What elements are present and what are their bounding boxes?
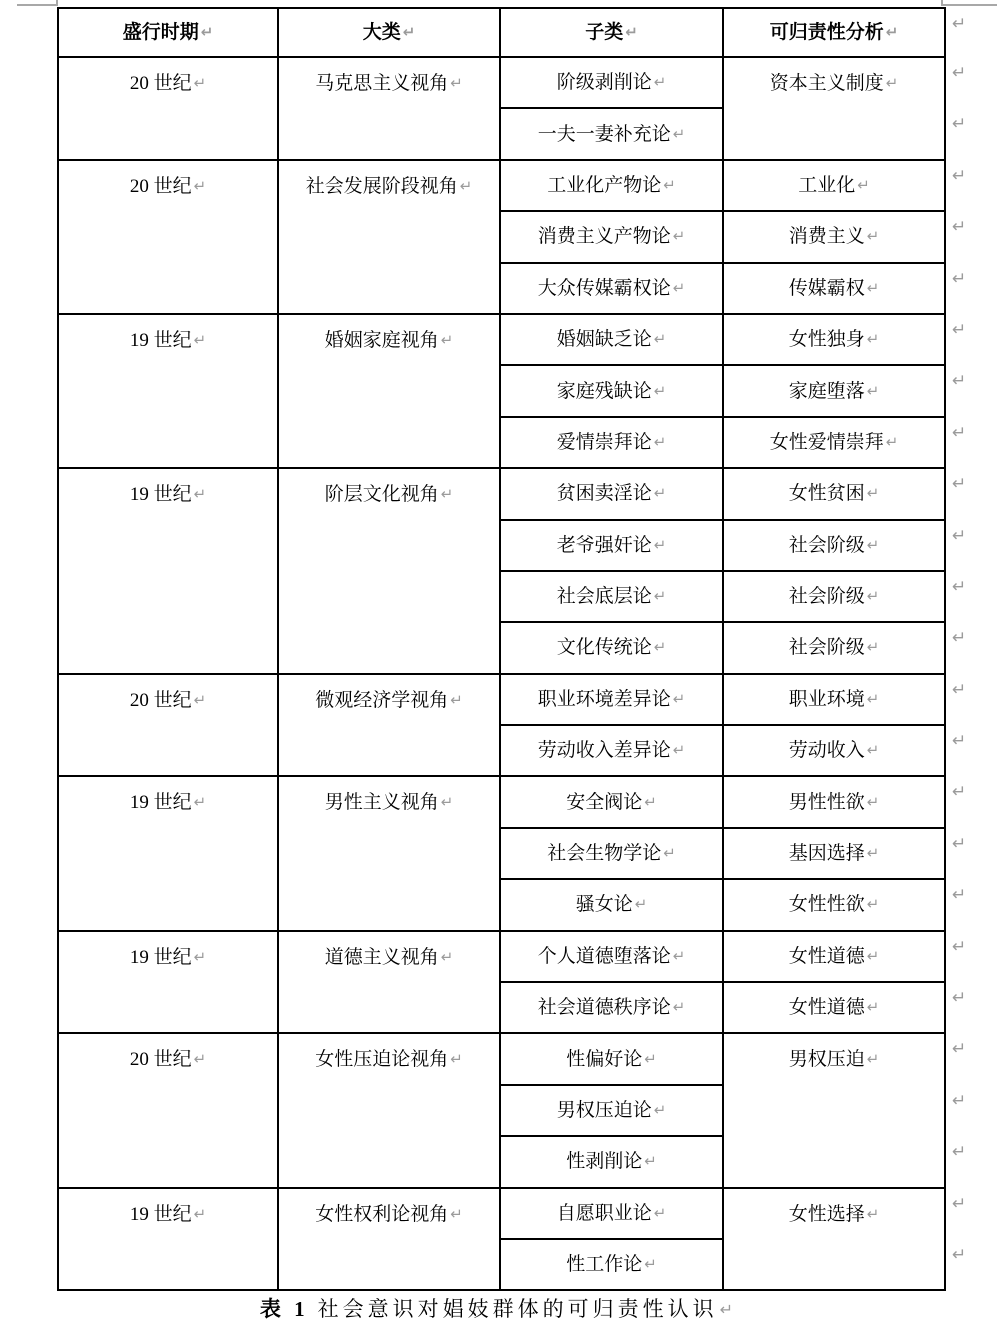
cell-end-mark-icon: ↵: [654, 638, 667, 656]
cell-end-mark-icon: ↵: [867, 484, 880, 502]
text-boundary-mark-left: [17, 0, 58, 6]
row-end-mark-icon: ↵: [952, 784, 966, 801]
row-end-mark-icon: ↵: [952, 990, 966, 1007]
attribution-cell-text: 职业环境: [789, 689, 865, 710]
subclass-cell-text: 职业环境差异论: [538, 689, 671, 710]
cell-end-mark-icon: ↵: [673, 279, 686, 297]
subclass-cell-text: 大众传媒霸权论: [538, 278, 671, 299]
attribution-cell-text: 家庭堕落: [789, 381, 865, 402]
subclass-cell: 贫困卖淫论↵: [500, 468, 723, 519]
category-cell: 社会发展阶段视角↵: [278, 160, 500, 314]
row-end-mark-icon: ↵: [952, 476, 966, 493]
category-cell-text: 马克思主义视角: [315, 73, 448, 94]
attribution-cell: 家庭堕落↵: [723, 365, 945, 416]
cell-end-mark-icon: ↵: [194, 177, 207, 195]
attribution-cell: 女性选择↵: [723, 1188, 945, 1291]
category-cell-text: 女性压迫论视角: [315, 1049, 448, 1070]
category-cell: 女性权利论视角↵: [278, 1188, 500, 1291]
header-cell: 子类↵: [500, 8, 723, 57]
attribution-cell: 女性道德↵: [723, 982, 945, 1033]
cell-end-mark-icon: ↵: [194, 331, 207, 349]
cell-end-mark-icon: ↵: [867, 587, 880, 605]
period-cell: 19 世纪↵: [58, 931, 278, 1034]
subclass-cell-text: 家庭残缺论: [557, 381, 652, 402]
subclass-cell-text: 爱情崇拜论: [557, 432, 652, 453]
cell-end-mark-icon: ↵: [867, 844, 880, 862]
table-row: 20 世纪↵马克思主义视角↵阶级剥削论↵资本主义制度↵: [58, 57, 945, 108]
cell-end-mark-icon: ↵: [654, 1204, 667, 1222]
cell-end-mark-icon: ↵: [644, 793, 657, 811]
attribution-cell-text: 女性贫困: [789, 483, 865, 504]
attribution-cell: 职业环境↵: [723, 674, 945, 725]
category-cell: 马克思主义视角↵: [278, 57, 500, 160]
row-end-mark-icon: ↵: [952, 425, 966, 442]
category-cell-text: 男性主义视角: [325, 792, 439, 813]
caption-text: 社会意识对娼妓群体的可归责性认识: [318, 1297, 718, 1321]
period-cell-text: 20 世纪: [130, 176, 192, 197]
cell-end-mark-icon: ↵: [867, 741, 880, 759]
subclass-cell: 工业化产物论↵: [500, 160, 723, 211]
row-end-mark-icon: ↵: [952, 219, 966, 236]
table-row: 20 世纪↵微观经济学视角↵职业环境差异论↵职业环境↵: [58, 674, 945, 725]
subclass-cell: 社会底层论↵: [500, 571, 723, 622]
document-page: 盛行时期↵大类↵子类↵可归责性分析↵ 20 世纪↵马克思主义视角↵阶级剥削论↵资…: [0, 0, 997, 1329]
subclass-cell: 自愿职业论↵: [500, 1188, 723, 1239]
header-cell-text: 盛行时期: [123, 22, 199, 43]
cell-end-mark-icon: ↵: [673, 690, 686, 708]
subclass-cell: 大众传媒霸权论↵: [500, 263, 723, 314]
subclass-cell-text: 性偏好论: [566, 1049, 642, 1070]
cell-end-mark-icon: ↵: [867, 998, 880, 1016]
cell-end-mark-icon: ↵: [867, 1050, 880, 1068]
row-end-mark-icon: ↵: [952, 168, 966, 185]
subclass-cell: 一夫一妻补充论↵: [500, 108, 723, 159]
cell-end-mark-icon: ↵: [867, 330, 880, 348]
cell-end-mark-icon: ↵: [867, 947, 880, 965]
attribution-cell: 女性道德↵: [723, 931, 945, 982]
cell-end-mark-icon: ↵: [886, 74, 899, 92]
cell-end-mark-icon: ↵: [886, 23, 899, 41]
subclass-cell-text: 劳动收入差异论: [538, 740, 671, 761]
table-row: 19 世纪↵女性权利论视角↵自愿职业论↵女性选择↵: [58, 1188, 945, 1239]
attribution-cell: 社会阶级↵: [723, 622, 945, 673]
period-cell: 19 世纪↵: [58, 776, 278, 930]
subclass-cell: 性工作论↵: [500, 1239, 723, 1290]
period-cell: 20 世纪↵: [58, 674, 278, 777]
subclass-cell-text: 一夫一妻补充论: [538, 124, 671, 145]
subclass-cell: 职业环境差异论↵: [500, 674, 723, 725]
attribution-cell-text: 传媒霸权: [789, 278, 865, 299]
cell-end-mark-icon: ↵: [654, 382, 667, 400]
cell-end-mark-icon: ↵: [460, 177, 473, 195]
category-cell: 女性压迫论视角↵: [278, 1033, 500, 1187]
period-cell-text: 19 世纪: [130, 330, 192, 351]
header-cell-text: 可归责性分析: [770, 22, 884, 43]
cell-end-mark-icon: ↵: [194, 74, 207, 92]
cell-end-mark-icon: ↵: [673, 741, 686, 759]
subclass-cell: 爱情崇拜论↵: [500, 417, 723, 468]
paragraph-mark-icon: ↵: [720, 1300, 737, 1319]
subclass-cell-text: 文化传统论: [557, 637, 652, 658]
attribution-cell-text: 女性道德: [789, 946, 865, 967]
cell-end-mark-icon: ↵: [441, 948, 454, 966]
attribution-cell: 男权压迫↵: [723, 1033, 945, 1187]
category-cell: 道德主义视角↵: [278, 931, 500, 1034]
subclass-cell: 阶级剥削论↵: [500, 57, 723, 108]
period-cell-text: 19 世纪: [130, 1204, 192, 1225]
cell-end-mark-icon: ↵: [625, 23, 638, 41]
cell-end-mark-icon: ↵: [867, 1205, 880, 1223]
text-boundary-mark-right: [941, 0, 997, 6]
attribution-cell: 资本主义制度↵: [723, 57, 945, 160]
cell-end-mark-icon: ↵: [194, 485, 207, 503]
attribution-cell-text: 工业化: [798, 175, 855, 196]
cell-end-mark-icon: ↵: [654, 587, 667, 605]
subclass-cell-text: 性剥削论: [566, 1151, 642, 1172]
row-end-mark-icon: ↵: [952, 373, 966, 390]
cell-end-mark-icon: ↵: [194, 1050, 207, 1068]
subclass-cell-text: 社会生物学论: [547, 843, 661, 864]
cell-end-mark-icon: ↵: [867, 227, 880, 245]
cell-end-mark-icon: ↵: [644, 1255, 657, 1273]
attribution-cell-text: 男性性欲: [789, 792, 865, 813]
attribution-cell: 社会阶级↵: [723, 520, 945, 571]
cell-end-mark-icon: ↵: [441, 485, 454, 503]
subclass-cell: 个人道德堕落论↵: [500, 931, 723, 982]
subclass-cell: 婚姻缺乏论↵: [500, 314, 723, 365]
period-cell-text: 20 世纪: [130, 1049, 192, 1070]
category-cell: 男性主义视角↵: [278, 776, 500, 930]
header-cell: 可归责性分析↵: [723, 8, 945, 57]
cell-end-mark-icon: ↵: [450, 691, 463, 709]
attribution-cell: 工业化↵: [723, 160, 945, 211]
attribution-cell-text: 消费主义: [789, 226, 865, 247]
row-end-mark-icon: ↵: [952, 1196, 966, 1213]
period-cell-text: 20 世纪: [130, 690, 192, 711]
header-row: 盛行时期↵大类↵子类↵可归责性分析↵: [58, 8, 945, 57]
subclass-cell: 消费主义产物论↵: [500, 211, 723, 262]
cell-end-mark-icon: ↵: [673, 227, 686, 245]
cell-end-mark-icon: ↵: [673, 947, 686, 965]
caption-label: 表 1: [260, 1297, 309, 1321]
subclass-cell-text: 贫困卖淫论: [557, 483, 652, 504]
subclass-cell: 文化传统论↵: [500, 622, 723, 673]
attribution-cell-text: 女性选择: [789, 1204, 865, 1225]
category-cell-text: 道德主义视角: [325, 947, 439, 968]
cell-end-mark-icon: ↵: [194, 1205, 207, 1223]
cell-end-mark-icon: ↵: [194, 691, 207, 709]
category-cell-text: 婚姻家庭视角: [325, 330, 439, 351]
attribution-cell: 女性爱情崇拜↵: [723, 417, 945, 468]
subclass-cell-text: 消费主义产物论: [538, 226, 671, 247]
cell-end-mark-icon: ↵: [886, 433, 899, 451]
cell-end-mark-icon: ↵: [867, 793, 880, 811]
attribution-cell: 消费主义↵: [723, 211, 945, 262]
attribution-cell-text: 女性独身: [789, 329, 865, 350]
period-cell: 19 世纪↵: [58, 468, 278, 674]
row-end-mark-icon: ↵: [952, 939, 966, 956]
subclass-cell-text: 社会底层论: [557, 586, 652, 607]
row-end-mark-icon: ↵: [952, 271, 966, 288]
cell-end-mark-icon: ↵: [644, 1050, 657, 1068]
subclass-cell-text: 婚姻缺乏论: [557, 329, 652, 350]
subclass-cell: 社会生物学论↵: [500, 828, 723, 879]
cell-end-mark-icon: ↵: [663, 176, 676, 194]
subclass-cell: 性剥削论↵: [500, 1136, 723, 1187]
row-end-mark-icon: ↵: [952, 116, 966, 133]
subclass-cell-text: 老爷强奸论: [557, 535, 652, 556]
cell-end-mark-icon: ↵: [654, 1101, 667, 1119]
attribution-cell-text: 女性性欲: [789, 894, 865, 915]
period-cell: 20 世纪↵: [58, 160, 278, 314]
cell-end-mark-icon: ↵: [644, 1152, 657, 1170]
cell-end-mark-icon: ↵: [867, 382, 880, 400]
row-end-mark-icon: ↵: [952, 1093, 966, 1110]
category-cell-text: 微观经济学视角: [315, 690, 448, 711]
table-row: 19 世纪↵道德主义视角↵个人道德堕落论↵女性道德↵: [58, 931, 945, 982]
category-cell: 微观经济学视角↵: [278, 674, 500, 777]
cell-end-mark-icon: ↵: [654, 73, 667, 91]
row-end-mark-icon: ↵: [952, 887, 966, 904]
header-cell-text: 子类: [585, 22, 623, 43]
attribution-cell: 女性性欲↵: [723, 879, 945, 930]
cell-end-mark-icon: ↵: [441, 331, 454, 349]
attribution-cell: 女性独身↵: [723, 314, 945, 365]
subclass-cell-text: 性工作论: [566, 1254, 642, 1275]
attribution-cell: 劳动收入↵: [723, 725, 945, 776]
attribution-cell-text: 女性爱情崇拜: [770, 432, 884, 453]
attribution-cell-text: 男权压迫: [789, 1049, 865, 1070]
subclass-cell: 性偏好论↵: [500, 1033, 723, 1084]
cell-end-mark-icon: ↵: [194, 793, 207, 811]
category-cell-text: 社会发展阶段视角: [306, 176, 458, 197]
row-end-mark-icon: ↵: [952, 682, 966, 699]
period-cell-text: 19 世纪: [130, 947, 192, 968]
cell-end-mark-icon: ↵: [673, 998, 686, 1016]
row-end-mark-icon: ↵: [952, 733, 966, 750]
attribution-cell-text: 资本主义制度: [770, 73, 884, 94]
table-row: 19 世纪↵婚姻家庭视角↵婚姻缺乏论↵女性独身↵: [58, 314, 945, 365]
attribution-cell: 基因选择↵: [723, 828, 945, 879]
subclass-cell-text: 安全阀论: [566, 792, 642, 813]
table-row: 20 世纪↵女性压迫论视角↵性偏好论↵男权压迫↵: [58, 1033, 945, 1084]
cell-end-mark-icon: ↵: [450, 1050, 463, 1068]
cell-end-mark-icon: ↵: [441, 793, 454, 811]
cell-end-mark-icon: ↵: [673, 125, 686, 143]
cell-end-mark-icon: ↵: [654, 536, 667, 554]
attribution-cell: 社会阶级↵: [723, 571, 945, 622]
row-end-mark-icon: ↵: [952, 1247, 966, 1264]
cell-end-mark-icon: ↵: [663, 844, 676, 862]
header-cell: 盛行时期↵: [58, 8, 278, 57]
subclass-cell: 老爷强奸论↵: [500, 520, 723, 571]
row-end-mark-icon: ↵: [952, 1144, 966, 1161]
table-row: 19 世纪↵男性主义视角↵安全阀论↵男性性欲↵: [58, 776, 945, 827]
row-end-mark-icon: ↵: [952, 16, 966, 33]
category-cell: 阶层文化视角↵: [278, 468, 500, 674]
period-cell-text: 19 世纪: [130, 792, 192, 813]
row-end-mark-icon: ↵: [952, 836, 966, 853]
attribution-cell-text: 女性道德: [789, 997, 865, 1018]
subclass-cell-text: 阶级剥削论: [557, 72, 652, 93]
cell-end-mark-icon: ↵: [867, 690, 880, 708]
period-cell: 20 世纪↵: [58, 57, 278, 160]
cell-end-mark-icon: ↵: [867, 638, 880, 656]
cell-end-mark-icon: ↵: [867, 536, 880, 554]
period-cell-text: 19 世纪: [130, 484, 192, 505]
attribution-cell-text: 劳动收入: [789, 740, 865, 761]
subclass-cell-text: 男权压迫论: [557, 1100, 652, 1121]
table-row: 19 世纪↵阶层文化视角↵贫困卖淫论↵女性贫困↵: [58, 468, 945, 519]
cell-end-mark-icon: ↵: [654, 433, 667, 451]
cell-end-mark-icon: ↵: [654, 330, 667, 348]
subclass-cell: 骚女论↵: [500, 879, 723, 930]
row-end-mark-icon: ↵: [952, 630, 966, 647]
period-cell: 19 世纪↵: [58, 1188, 278, 1291]
subclass-cell-text: 个人道德堕落论: [538, 946, 671, 967]
subclass-cell-text: 工业化产物论: [547, 175, 661, 196]
attribution-cell-text: 社会阶级: [789, 535, 865, 556]
cell-end-mark-icon: ↵: [857, 176, 870, 194]
attribution-cell-text: 社会阶级: [789, 586, 865, 607]
category-cell-text: 女性权利论视角: [315, 1204, 448, 1225]
subclass-cell: 男权压迫论↵: [500, 1085, 723, 1136]
cell-end-mark-icon: ↵: [867, 279, 880, 297]
row-end-mark-icon: ↵: [952, 65, 966, 82]
row-end-mark-icon: ↵: [952, 528, 966, 545]
cell-end-mark-icon: ↵: [450, 1205, 463, 1223]
cell-end-mark-icon: ↵: [635, 895, 648, 913]
attribution-cell: 传媒霸权↵: [723, 263, 945, 314]
row-end-mark-icon: ↵: [952, 322, 966, 339]
subclass-cell-text: 骚女论: [576, 894, 633, 915]
cell-end-mark-icon: ↵: [654, 484, 667, 502]
header-cell-text: 大类: [363, 22, 401, 43]
subclass-cell-text: 社会道德秩序论: [538, 997, 671, 1018]
period-cell: 19 世纪↵: [58, 314, 278, 468]
category-cell: 婚姻家庭视角↵: [278, 314, 500, 468]
table-caption: 表 1社会意识对娼妓群体的可归责性认识↵: [0, 1293, 997, 1323]
attribution-cell: 女性贫困↵: [723, 468, 945, 519]
period-cell: 20 世纪↵: [58, 1033, 278, 1187]
cell-end-mark-icon: ↵: [194, 948, 207, 966]
category-cell-text: 阶层文化视角: [325, 484, 439, 505]
subclass-cell-text: 自愿职业论: [557, 1203, 652, 1224]
subclass-cell: 安全阀论↵: [500, 776, 723, 827]
cell-end-mark-icon: ↵: [403, 23, 416, 41]
subclass-cell: 家庭残缺论↵: [500, 365, 723, 416]
period-cell-text: 20 世纪: [130, 73, 192, 94]
subclass-cell: 劳动收入差异论↵: [500, 725, 723, 776]
attribution-cell-text: 基因选择: [789, 843, 865, 864]
attribution-cell-text: 社会阶级: [789, 637, 865, 658]
attribution-cell: 男性性欲↵: [723, 776, 945, 827]
table-row: 20 世纪↵社会发展阶段视角↵工业化产物论↵工业化↵: [58, 160, 945, 211]
row-end-mark-icon: ↵: [952, 1041, 966, 1058]
header-cell: 大类↵: [278, 8, 500, 57]
subclass-cell: 社会道德秩序论↵: [500, 982, 723, 1033]
cell-end-mark-icon: ↵: [450, 74, 463, 92]
attribution-table: 盛行时期↵大类↵子类↵可归责性分析↵ 20 世纪↵马克思主义视角↵阶级剥削论↵资…: [57, 7, 946, 1291]
row-end-mark-icon: ↵: [952, 579, 966, 596]
cell-end-mark-icon: ↵: [201, 23, 214, 41]
cell-end-mark-icon: ↵: [867, 895, 880, 913]
